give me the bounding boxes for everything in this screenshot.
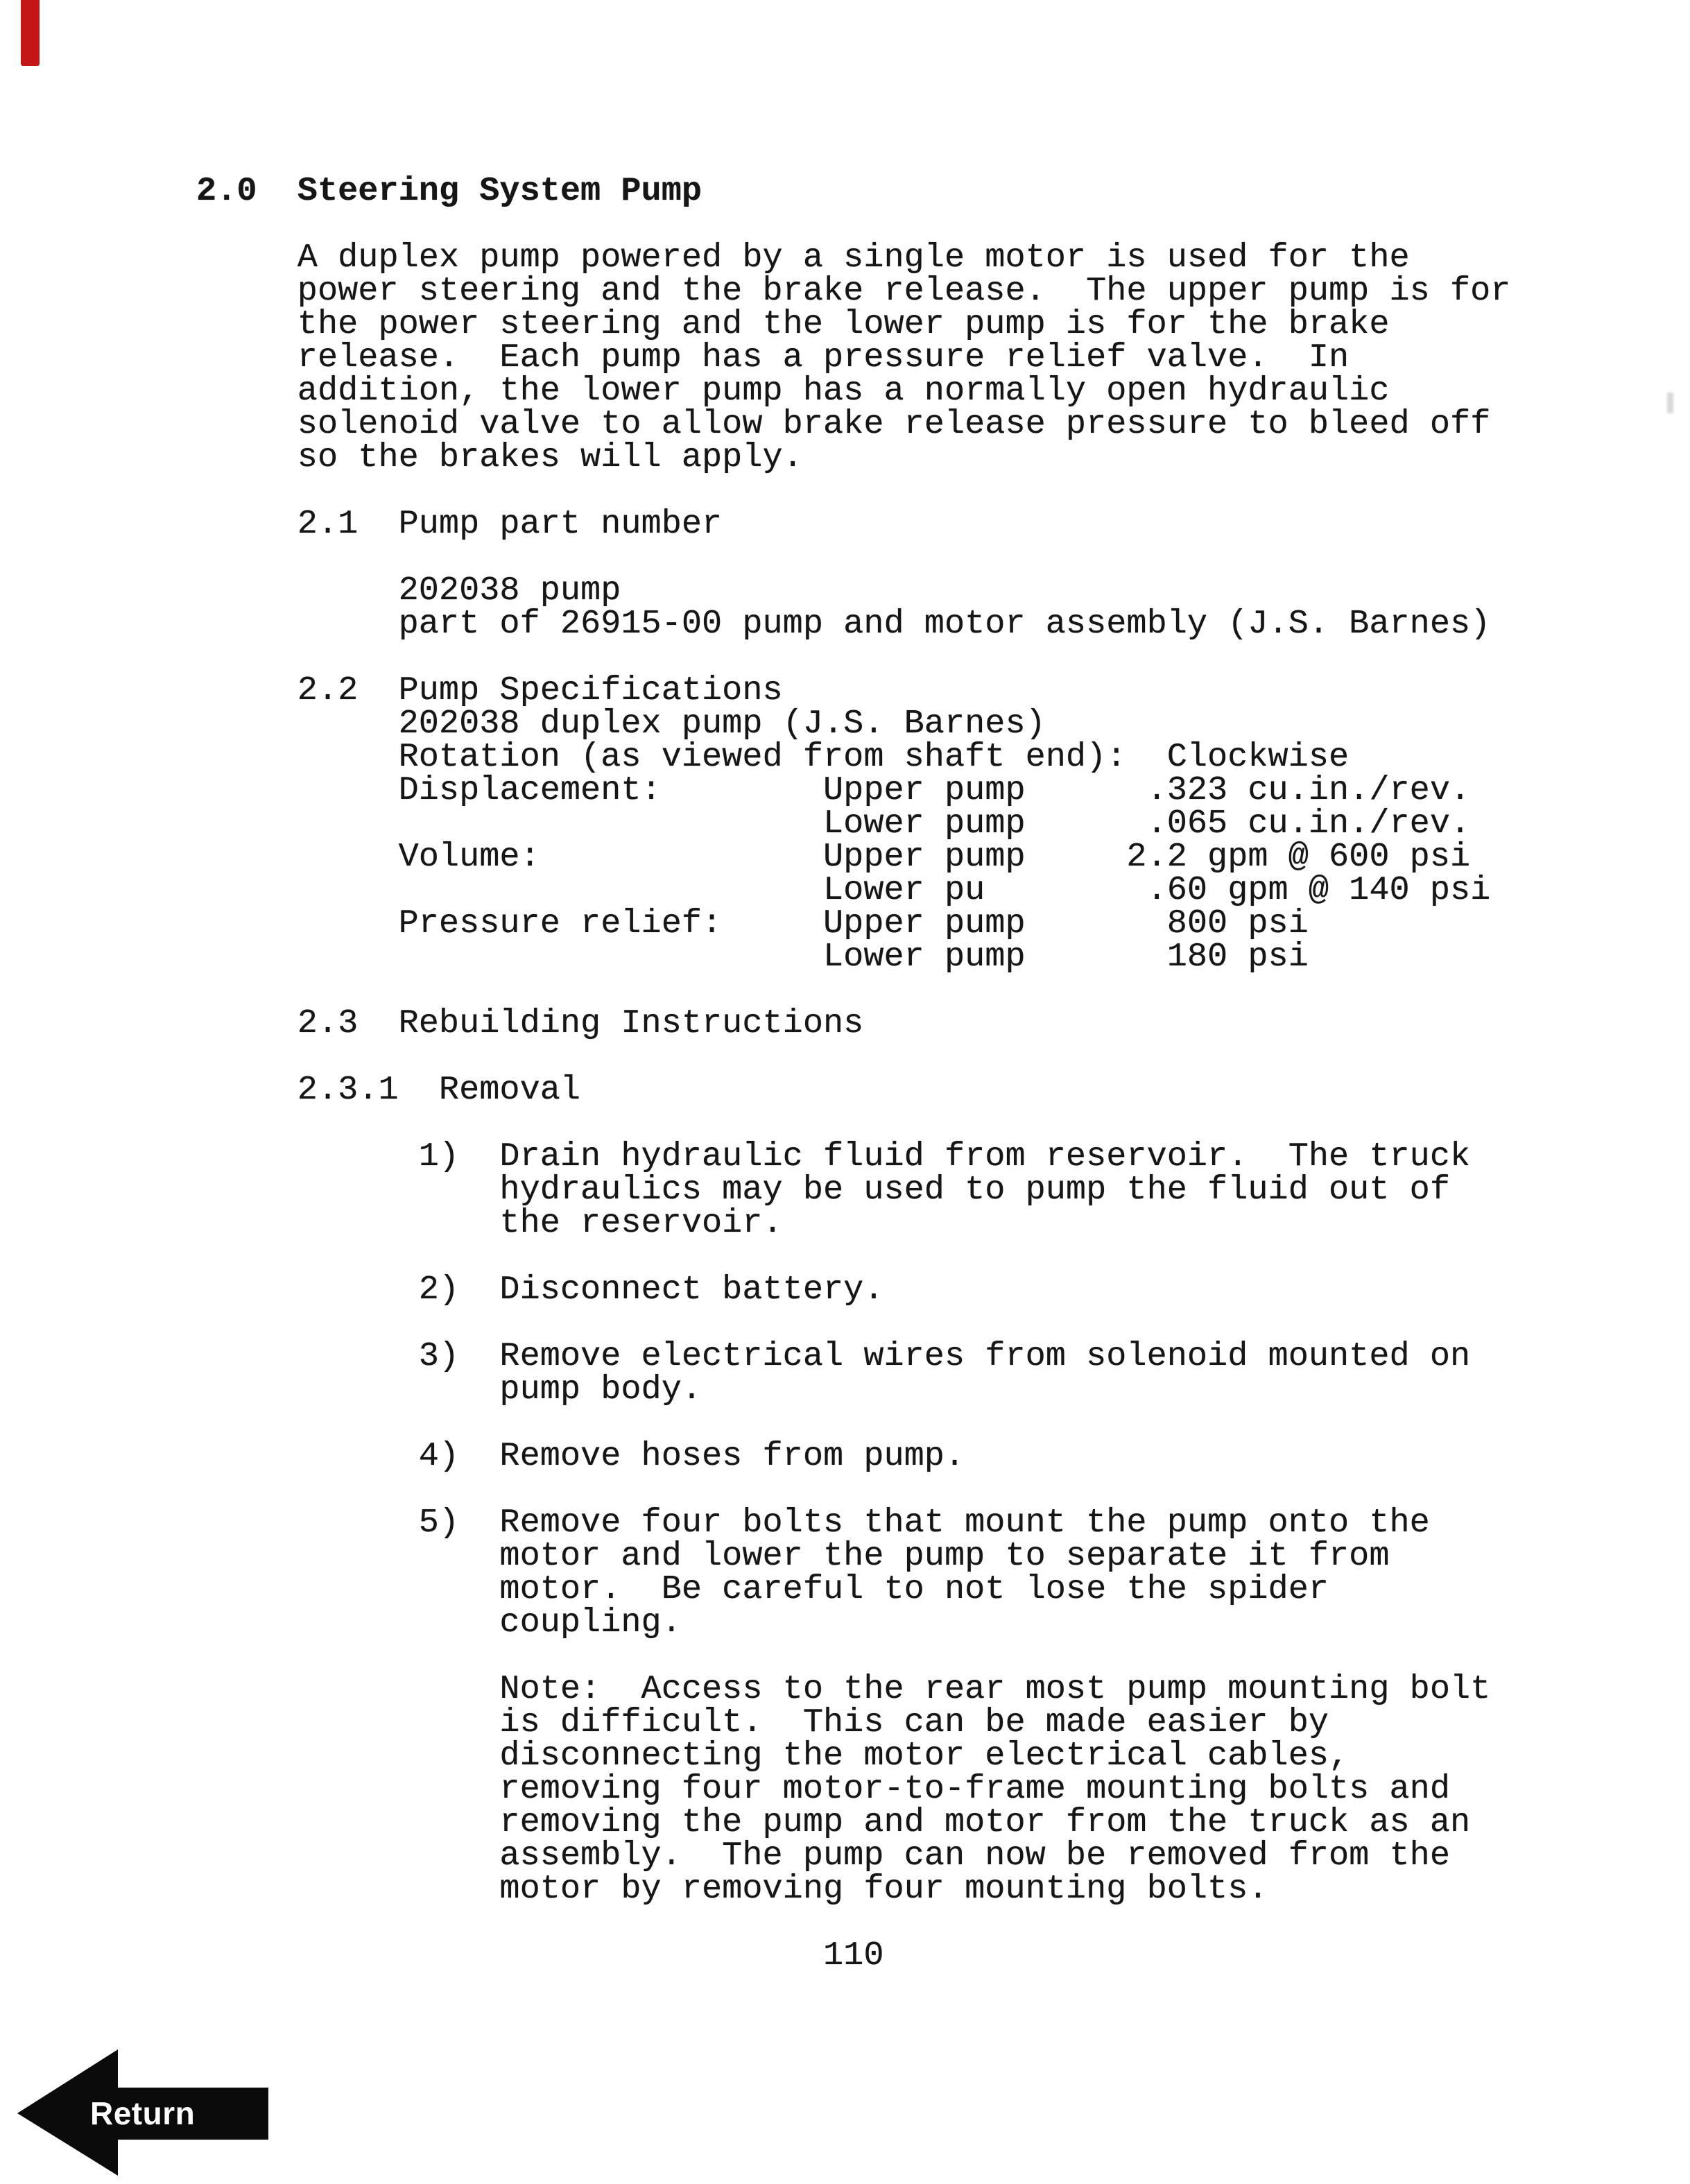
note-line: removing four motor-to-frame mounting bo… bbox=[196, 1773, 1510, 1806]
return-button-label: Return bbox=[90, 2095, 195, 2132]
text-line: 202038 pump bbox=[196, 574, 1510, 608]
note-line: assembly. The pump can now be removed fr… bbox=[196, 1839, 1510, 1873]
blank-line bbox=[196, 1040, 1510, 1074]
blank-line bbox=[196, 1640, 1510, 1673]
blank-line bbox=[196, 1473, 1510, 1506]
text-line: so the brakes will apply. bbox=[196, 441, 1510, 474]
blank-line bbox=[196, 208, 1510, 241]
blank-line bbox=[196, 1240, 1510, 1273]
text-line: addition, the lower pump has a normally … bbox=[196, 375, 1510, 408]
subsection-heading-2-2: 2.2 Pump Specifications bbox=[196, 674, 1510, 707]
spec-row-rotation: Rotation (as viewed from shaft end): Clo… bbox=[196, 741, 1510, 774]
text-line: 202038 duplex pump (J.S. Barnes) bbox=[196, 707, 1510, 741]
note-line: disconnecting the motor electrical cable… bbox=[196, 1739, 1510, 1773]
text-line: motor. Be careful to not lose the spider bbox=[196, 1573, 1510, 1606]
subsection-heading-2-1: 2.1 Pump part number bbox=[196, 508, 1510, 541]
text-line: A duplex pump powered by a single motor … bbox=[196, 241, 1510, 275]
subsection-heading-2-3: 2.3 Rebuilding Instructions bbox=[196, 1007, 1510, 1040]
text-line: hydraulics may be used to pump the fluid… bbox=[196, 1173, 1510, 1207]
text-line: power steering and the brake release. Th… bbox=[196, 275, 1510, 308]
section-heading: 2.0 Steering System Pump bbox=[196, 175, 1510, 208]
spec-row-pressure-upper: Pressure relief: Upper pump 800 psi bbox=[196, 907, 1510, 940]
subsection-heading-2-3-1: 2.3.1 Removal bbox=[196, 1074, 1510, 1107]
page-number: 110 bbox=[196, 1939, 1510, 1972]
spec-row-volume-lower: Lower pu .60 gpm @ 140 psi bbox=[196, 874, 1510, 907]
note-line: Note: Access to the rear most pump mount… bbox=[196, 1673, 1510, 1706]
text-line: pump body. bbox=[196, 1373, 1510, 1407]
list-item-1: 1) Drain hydraulic fluid from reservoir.… bbox=[196, 1140, 1510, 1173]
text-line: solenoid valve to allow brake release pr… bbox=[196, 408, 1510, 441]
spec-row-pressure-lower: Lower pump 180 psi bbox=[196, 940, 1510, 974]
blank-line bbox=[196, 1307, 1510, 1340]
blank-line bbox=[196, 641, 1510, 674]
blank-line bbox=[196, 1407, 1510, 1440]
typed-page-text: 2.0 Steering System Pump A duplex pump p… bbox=[196, 175, 1510, 1972]
note-line: removing the pump and motor from the tru… bbox=[196, 1806, 1510, 1839]
blank-line bbox=[196, 1906, 1510, 1939]
text-line: the reservoir. bbox=[196, 1207, 1510, 1240]
list-item-4: 4) Remove hoses from pump. bbox=[196, 1440, 1510, 1473]
list-item-5: 5) Remove four bolts that mount the pump… bbox=[196, 1506, 1510, 1540]
spec-row-volume-upper: Volume: Upper pump 2.2 gpm @ 600 psi bbox=[196, 841, 1510, 874]
scan-smudge bbox=[1667, 393, 1673, 413]
note-line: motor by removing four mounting bolts. bbox=[196, 1873, 1510, 1906]
blank-line bbox=[196, 541, 1510, 574]
text-line: part of 26915-00 pump and motor assembly… bbox=[196, 608, 1510, 641]
list-item-3: 3) Remove electrical wires from solenoid… bbox=[196, 1340, 1510, 1373]
text-line: release. Each pump has a pressure relief… bbox=[196, 341, 1510, 375]
spec-row-displacement-upper: Displacement: Upper pump .323 cu.in./rev… bbox=[196, 774, 1510, 807]
scanned-manual-page: { "page": { "background": "#ffffff", "pa… bbox=[0, 0, 1690, 2184]
blank-line bbox=[196, 1107, 1510, 1140]
blank-line bbox=[196, 474, 1510, 508]
note-line: is difficult. This can be made easier by bbox=[196, 1706, 1510, 1739]
text-line: coupling. bbox=[196, 1606, 1510, 1640]
text-line: the power steering and the lower pump is… bbox=[196, 308, 1510, 341]
red-edge-mark bbox=[21, 0, 40, 66]
return-button[interactable]: Return bbox=[17, 2049, 268, 2176]
text-line: motor and lower the pump to separate it … bbox=[196, 1540, 1510, 1573]
list-item-2: 2) Disconnect battery. bbox=[196, 1273, 1510, 1307]
spec-row-displacement-lower: Lower pump .065 cu.in./rev. bbox=[196, 807, 1510, 841]
blank-line bbox=[196, 974, 1510, 1007]
